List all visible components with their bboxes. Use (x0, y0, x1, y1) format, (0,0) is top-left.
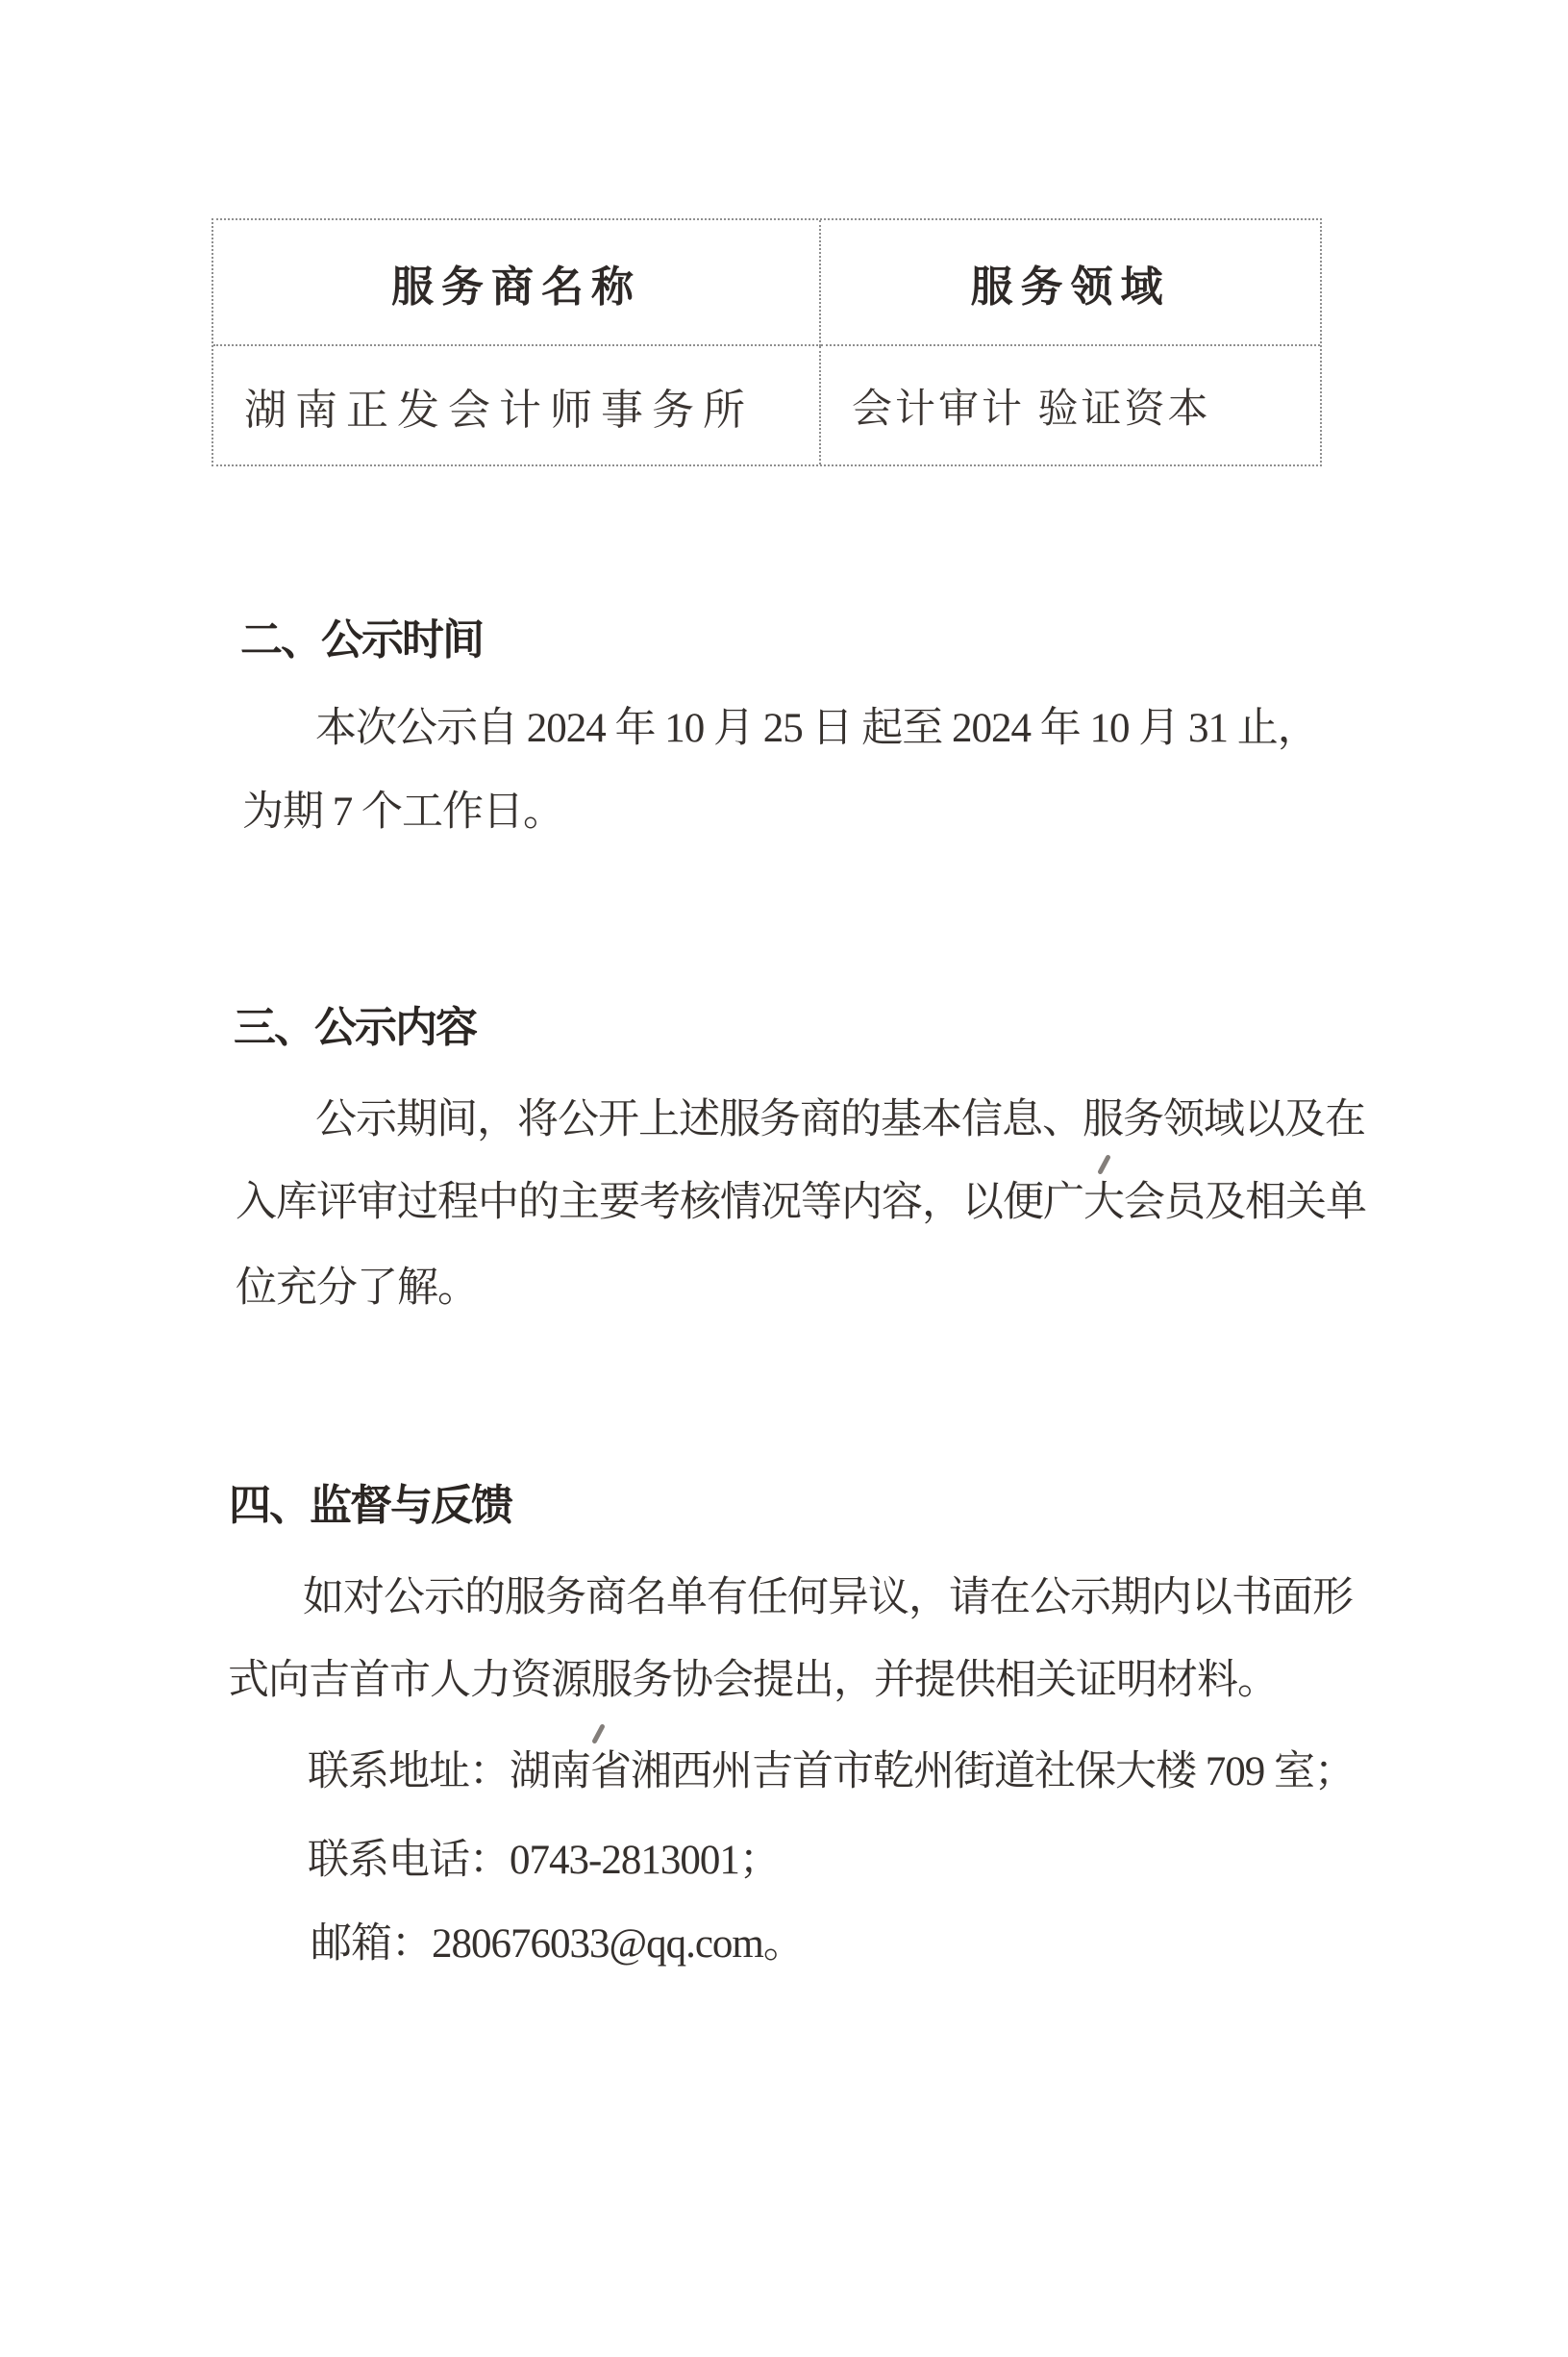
section-heading-supervision-feedback: 四、监督与反馈 (229, 1479, 511, 1532)
contact-phone-line: 联系电话：0743-2813001； (308, 1835, 780, 1887)
supervision-line-2: 式向吉首市人力资源服务协会提出，并提供相关证明材料。 (228, 1655, 1278, 1707)
table-header-provider-name: 服务商名称 (213, 220, 821, 346)
provider-table: 服务商名称 服务领域 湖南正发会计师事务所 会计审计 验证资本 (212, 218, 1322, 466)
publicity-period-line-2: 为期 7 个工作日。 (242, 787, 563, 839)
contact-email-line: 邮箱：280676033@qq.com。 (311, 1918, 804, 1970)
service-area-cell: 会计审计 验证资本 (821, 346, 1320, 464)
contact-address-line: 联系地址：湖南省湘西州吉首市乾州街道社保大楼 709 室； (308, 1746, 1355, 1798)
publicity-content-line-3: 位充分了解。 (236, 1263, 478, 1315)
table-header-service-area: 服务领域 (821, 220, 1320, 346)
section-heading-publicity-content: 三、公示内容 (234, 1001, 476, 1054)
provider-name-cell: 湖南正发会计师事务所 (213, 346, 821, 464)
publicity-content-line-1: 公示期间，将公开上述服务商的基本信息、服务领域以及在 (315, 1094, 1365, 1146)
scan-artifact (1097, 1154, 1111, 1175)
scanned-notice-page: 服务商名称 服务领域 湖南正发会计师事务所 会计审计 验证资本 二、公示时间 本… (0, 0, 1568, 2357)
scan-artifact (591, 1723, 606, 1744)
publicity-content-line-2: 入库评审过程中的主要考核情况等内容，以便广大会员及相关单 (236, 1177, 1366, 1229)
supervision-line-1: 如对公示的服务商名单有任何异议，请在公示期内以书面形 (303, 1572, 1353, 1624)
publicity-period-line-1: 本次公示自 2024 年 10 月 25 日 起至 2024 年 10 月 31… (315, 703, 1318, 755)
section-heading-publicity-period: 二、公示时间 (240, 614, 483, 666)
